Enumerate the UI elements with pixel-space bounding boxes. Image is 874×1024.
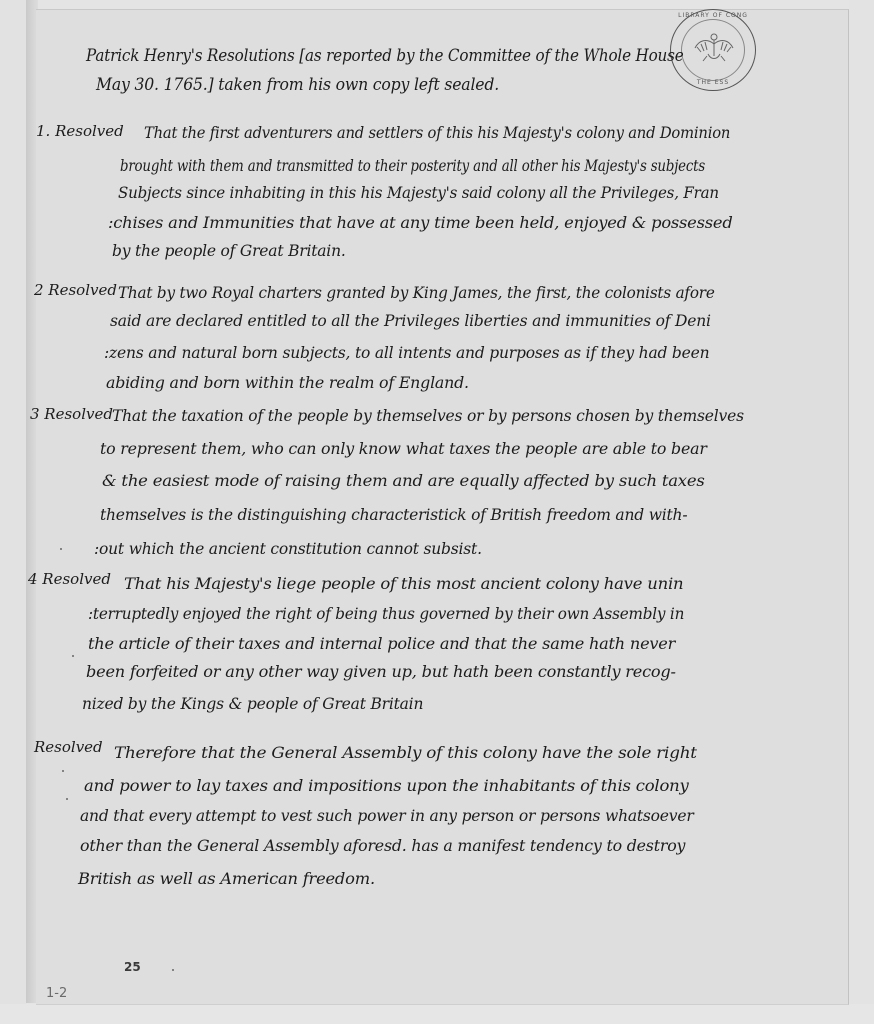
scan-right-margin [849, 0, 874, 1024]
eagle-seal-icon [693, 30, 735, 66]
resolution-2-line: abiding and born within the realm of Eng… [106, 374, 469, 392]
margin-speck [62, 770, 64, 772]
resolution-3-label: 3 Resolved [30, 405, 113, 423]
margin-speck [66, 798, 68, 800]
resolution-4-line: nized by the Kings & people of Great Bri… [82, 695, 423, 713]
document-title-line-2: May 30. 1765.] taken from his own copy l… [96, 75, 499, 94]
margin-speck [172, 969, 174, 971]
resolution-5-line: other than the General Assembly aforesd.… [80, 837, 685, 855]
resolution-2-line: :zens and natural born subjects, to all … [104, 344, 709, 362]
scan-left-margin [0, 0, 26, 1024]
resolution-1-line: by the people of Great Britain. [112, 242, 346, 260]
resolution-4-label: 4 Resolved [28, 570, 111, 588]
document-title-line-1: Patrick Henry's Resolutions [as reported… [86, 46, 684, 65]
resolution-1-line: Subjects since inhabiting in this his Ma… [118, 184, 719, 202]
resolution-4-line: That his Majesty's liege people of this … [124, 575, 683, 593]
resolution-1-line: :chises and Immunities that have at any … [108, 214, 733, 232]
scan-bottom-margin [0, 1004, 874, 1024]
resolution-5-line: British as well as American freedom. [78, 870, 375, 888]
resolution-3-line: :out which the ancient constitution cann… [94, 540, 482, 558]
resolution-1-label: 1. Resolved [36, 122, 124, 140]
resolution-1-line: That the first adventurers and settlers … [144, 124, 730, 142]
resolution-3-line: to represent them, who can only know wha… [100, 440, 707, 458]
resolution-1-line: brought with them and transmitted to the… [120, 157, 705, 175]
resolution-3-line: That the taxation of the people by thems… [112, 407, 744, 425]
resolution-4-line: been forfeited or any other way given up… [86, 663, 676, 681]
margin-speck [60, 548, 62, 550]
resolution-3-line: themselves is the distinguishing charact… [100, 506, 687, 524]
margin-speck [72, 655, 74, 657]
resolution-4-line: the article of their taxes and internal … [88, 635, 675, 653]
resolution-5-line: and that every attempt to vest such powe… [80, 807, 694, 825]
resolution-2-line: That by two Royal charters granted by Ki… [118, 284, 715, 302]
resolution-5-line: Therefore that the General Assembly of t… [114, 744, 697, 762]
resolution-3-line: & the easiest mode of raising them and a… [102, 472, 705, 490]
resolution-4-line: :terruptedly enjoyed the right of being … [88, 605, 684, 623]
resolution-5-label: Resolved [34, 738, 103, 756]
stamp-bottom-text: THE ESS [671, 79, 755, 86]
resolution-2-label: 2 Resolved [34, 281, 117, 299]
resolution-5-line: and power to lay taxes and impositions u… [84, 777, 689, 795]
stamp-top-text: LIBRARY OF CONG [671, 12, 755, 19]
resolution-2-line: said are declared entitled to all the Pr… [110, 312, 711, 330]
page-number: 25 [124, 960, 141, 974]
folio-mark: 1-2 [46, 986, 67, 1001]
